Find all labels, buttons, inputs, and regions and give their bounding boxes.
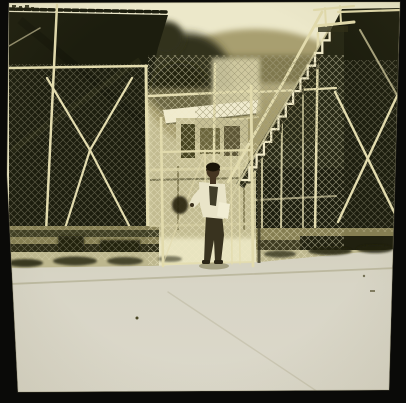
vintage-photo: Person standing at the gate of a fenced … [0,0,406,403]
vignette [0,0,406,403]
photo-print [0,0,406,403]
photo-artifacts [0,0,406,403]
